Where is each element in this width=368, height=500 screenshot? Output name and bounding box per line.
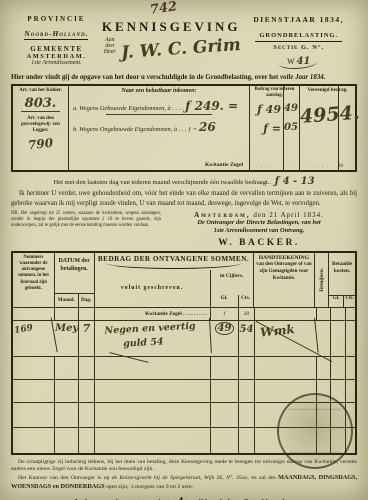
zegel-dots-row: . . . . . . .: [250, 164, 299, 169]
row-a-gl: ƒ 49: [250, 103, 283, 116]
signer-title-1: De Ontvanger der Directe Belastingen, va…: [161, 219, 357, 227]
addressee-label: Aan den Heer: [102, 37, 118, 59]
zegel-dots-cts: . .: [283, 164, 290, 169]
vereenigd-column: Vereenigd bedrag. 4954. . . . . . 20: [299, 86, 355, 170]
termijnen-label: Termijnen.: [319, 268, 325, 292]
gemeente-label: GEMEENTE: [11, 45, 102, 53]
assessment-table: Art. van het Kohier. 803. Art. van den p…: [11, 84, 357, 172]
zegel-amount: 20: [338, 164, 343, 169]
arrondissement-label: 1ste Arrondissement.: [11, 60, 102, 66]
article-column: Art. van het Kohier. 803. Art. van den p…: [13, 86, 69, 170]
kantoor-mid: en zal des: [249, 475, 278, 481]
row-a-amount: ƒ 49 49: [250, 103, 299, 116]
kosten-label: Betaalde kosten.: [329, 253, 355, 295]
bedrag-header: Bedrag van iederen aanslag.: [250, 86, 299, 99]
zegel-total-row: . . . . . 20: [300, 164, 355, 169]
zegel-total-dots: . . . . .: [300, 164, 338, 169]
wijk-line: W 41: [279, 56, 318, 69]
zegel-row-cts: 20: [239, 308, 255, 320]
payments-table: Nommers waaronder de ontvangene sommen, …: [11, 251, 357, 455]
nb-footnote: NB. Het zegelregt tot 25 centen, waaraan…: [11, 211, 161, 248]
row-b: b. Wegens Ongebouwde Eigendommen, à . . …: [73, 120, 245, 134]
place: Amsterdam,: [194, 211, 251, 219]
twelfth-text: Het met den laatsten dag van iederen maa…: [53, 179, 271, 186]
entry-words-line1: Negen en veertig: [104, 320, 196, 336]
entry-day: 7: [79, 321, 95, 356]
kantoor-address: de Keizersgracht bij de Spiegelstraat, W…: [112, 475, 249, 481]
art-kohier-value: 803.: [21, 96, 61, 112]
row-a-income: ƒ 249. =: [185, 99, 238, 113]
signature-block: Amsterdam, den 21 April 1834. De Ontvang…: [161, 211, 357, 248]
sectie-label: Sectie G. N°.: [240, 44, 357, 51]
title-block: KENNISGEVING Aan den Heer J. W. C. Grim: [102, 15, 241, 69]
entry-gl: 49: [211, 321, 239, 356]
vereenigd-header: Vereenigd bedrag.: [300, 86, 355, 94]
bedrag-sommen-label: BEDRAG DER ONTVANGENE SOMMEN.: [95, 253, 253, 263]
entry-journal-no: 169: [10, 317, 57, 359]
row-a-label: a. Wegens Gebouwde Eigendommen, à . . . …: [73, 105, 183, 112]
wijk-value: 41: [296, 56, 310, 67]
total-amount: 4954.: [299, 102, 355, 128]
bedrag-column: Bedrag van iederen aanslag. ƒ 49 49 ƒ = …: [249, 86, 299, 170]
in-cijfers-label: in Cijfers.: [211, 270, 253, 295]
row-a-cts: 49: [283, 103, 299, 116]
total-gl-cts-divider: [338, 86, 339, 170]
office-stamp: [277, 393, 353, 469]
payments-table-header: Nommers waaronder de ontvangene sommen, …: [13, 253, 355, 308]
row-a: a. Wegens Gebouwde Eigendommen, à . . . …: [73, 99, 245, 113]
cijfers-column: in Cijfers. Gl. Cts.: [211, 270, 253, 307]
intro-text: Hier onder vindt gij de opgave van het d…: [11, 74, 280, 81]
wijk-prefix: W: [287, 57, 294, 66]
date: den 21 April 1834.: [251, 211, 324, 219]
tax-type-label: GRONDBELASTING.: [255, 31, 342, 42]
twelfth-line: Het met den laatsten dag van iederen maa…: [11, 176, 357, 187]
entry-words-line2: guld 54: [105, 336, 164, 350]
row-b-income: 26: [199, 120, 216, 134]
place-date-line: Amsterdam, den 21 April 1834.: [161, 211, 357, 219]
addressee-line: Aan den Heer J. W. C. Grim: [102, 37, 241, 59]
intro-italic: volle Jaar 1834.: [280, 74, 325, 81]
gl-label: Gl.: [211, 295, 239, 307]
footer-paragraph-2: Het Kantoor van den Ontvanger is op de K…: [11, 474, 357, 491]
zegel-dots-gl: . . . . .: [250, 164, 283, 169]
document-header: PROVINCIE Noord-Holland. GEMEENTE AMSTER…: [11, 15, 357, 69]
row-b-gl: ƒ =: [250, 122, 283, 135]
province-name: Noord-Holland.: [24, 29, 88, 40]
intro-line: Hier onder vindt gij de opgave van het d…: [11, 74, 357, 81]
kantoor-text: Het Kantoor van den Ontvanger is op: [18, 475, 112, 481]
province-label: PROVINCIE: [11, 15, 102, 23]
row-b-cts: 05: [283, 122, 299, 135]
payment-entry-row: 169 Mey 7 Negen en veertig guld 54 49 54…: [13, 321, 355, 357]
kwitantie-zegel-label: Kwitantie Zegel: [73, 162, 245, 168]
art-legger-value: 790: [12, 134, 68, 154]
empty-row: [13, 357, 355, 380]
income-column: Naar een belastbaar inkomen: a. Wegens G…: [69, 86, 249, 170]
gemeente-name: AMSTERDAM.: [11, 53, 102, 60]
signature-section: NB. Het zegelregt tot 25 centen, waaraan…: [11, 211, 357, 248]
col-termijnen: Termijnen.: [315, 253, 329, 307]
col-handteekening: HANDTEEKENING van den Ontvanger of van z…: [254, 253, 316, 307]
kosten-cts-label: Cts.: [344, 296, 355, 307]
open-hours: open zijn; ’s morgens van 9 tot 2 uren.: [105, 484, 194, 490]
row-b-label: b. Wegens Ongebouwde Eigendommen, à . . …: [73, 126, 197, 133]
dag-label: Dag.: [79, 297, 94, 303]
twelfth-value: ƒ 4 - 13: [275, 176, 315, 187]
cts-label: Cts.: [239, 295, 253, 307]
document-title: KENNISGEVING: [102, 19, 241, 35]
art-kohier-label: Art. van het Kohier.: [13, 88, 68, 94]
tax-notice-document: 742 PROVINCIE Noord-Holland. GEMEENTE AM…: [0, 0, 368, 500]
row-divider: [106, 114, 213, 115]
art-legger-label: Art. van den perceelsgewij- zen Legger.: [13, 116, 68, 134]
addressee-name: J. W. C. Grim: [120, 35, 241, 63]
handteekening-label-2: van den Ontvanger of van zijn Gemagtigde…: [255, 262, 314, 282]
handteekening-label-1: HANDTEEKENING: [255, 255, 314, 263]
kosten-gl-label: Gl.: [329, 296, 344, 307]
col-datum: DATUM der betalingen. Maand. Dag.: [55, 253, 95, 307]
reminder-paragraph: Ik herinner U verder, uwe gehoudenheid o…: [11, 189, 357, 208]
zegel-row-gl: ƒ: [211, 308, 239, 320]
brace-decoration: [106, 263, 242, 269]
row-b-amount: ƒ = 05: [250, 122, 299, 135]
income-header: Naar een belastbaar inkomen:: [73, 88, 245, 94]
col-nommers: Nommers waaronder de ontvangene sommen, …: [13, 253, 55, 307]
signer-name: W. BACKER.: [161, 238, 357, 248]
datum-label: DATUM der betalingen.: [55, 253, 94, 293]
dienstjaar-block: DIENSTJAAR 1834, GRONDBELASTING. Sectie …: [240, 15, 357, 69]
province-block: PROVINCIE Noord-Holland. GEMEENTE AMSTER…: [11, 15, 102, 69]
footer-paragraph-3: In deze maand moeten ten minsten 4 twaal…: [11, 495, 357, 500]
voluit-label: voluit geschreven.: [95, 270, 211, 307]
signer-title-2: 1ste Arrondissement van Ontvang,: [161, 227, 357, 235]
dienstjaar-label: DIENSTJAAR 1834,: [240, 15, 357, 24]
col-kosten: Betaalde kosten. Gl. Cts.: [329, 253, 355, 307]
col-bedrag: BEDRAG DER ONTVANGENE SOMMEN. voluit ges…: [95, 253, 254, 307]
entry-month: Mey: [55, 321, 79, 356]
maand-label: Maand.: [55, 294, 79, 307]
